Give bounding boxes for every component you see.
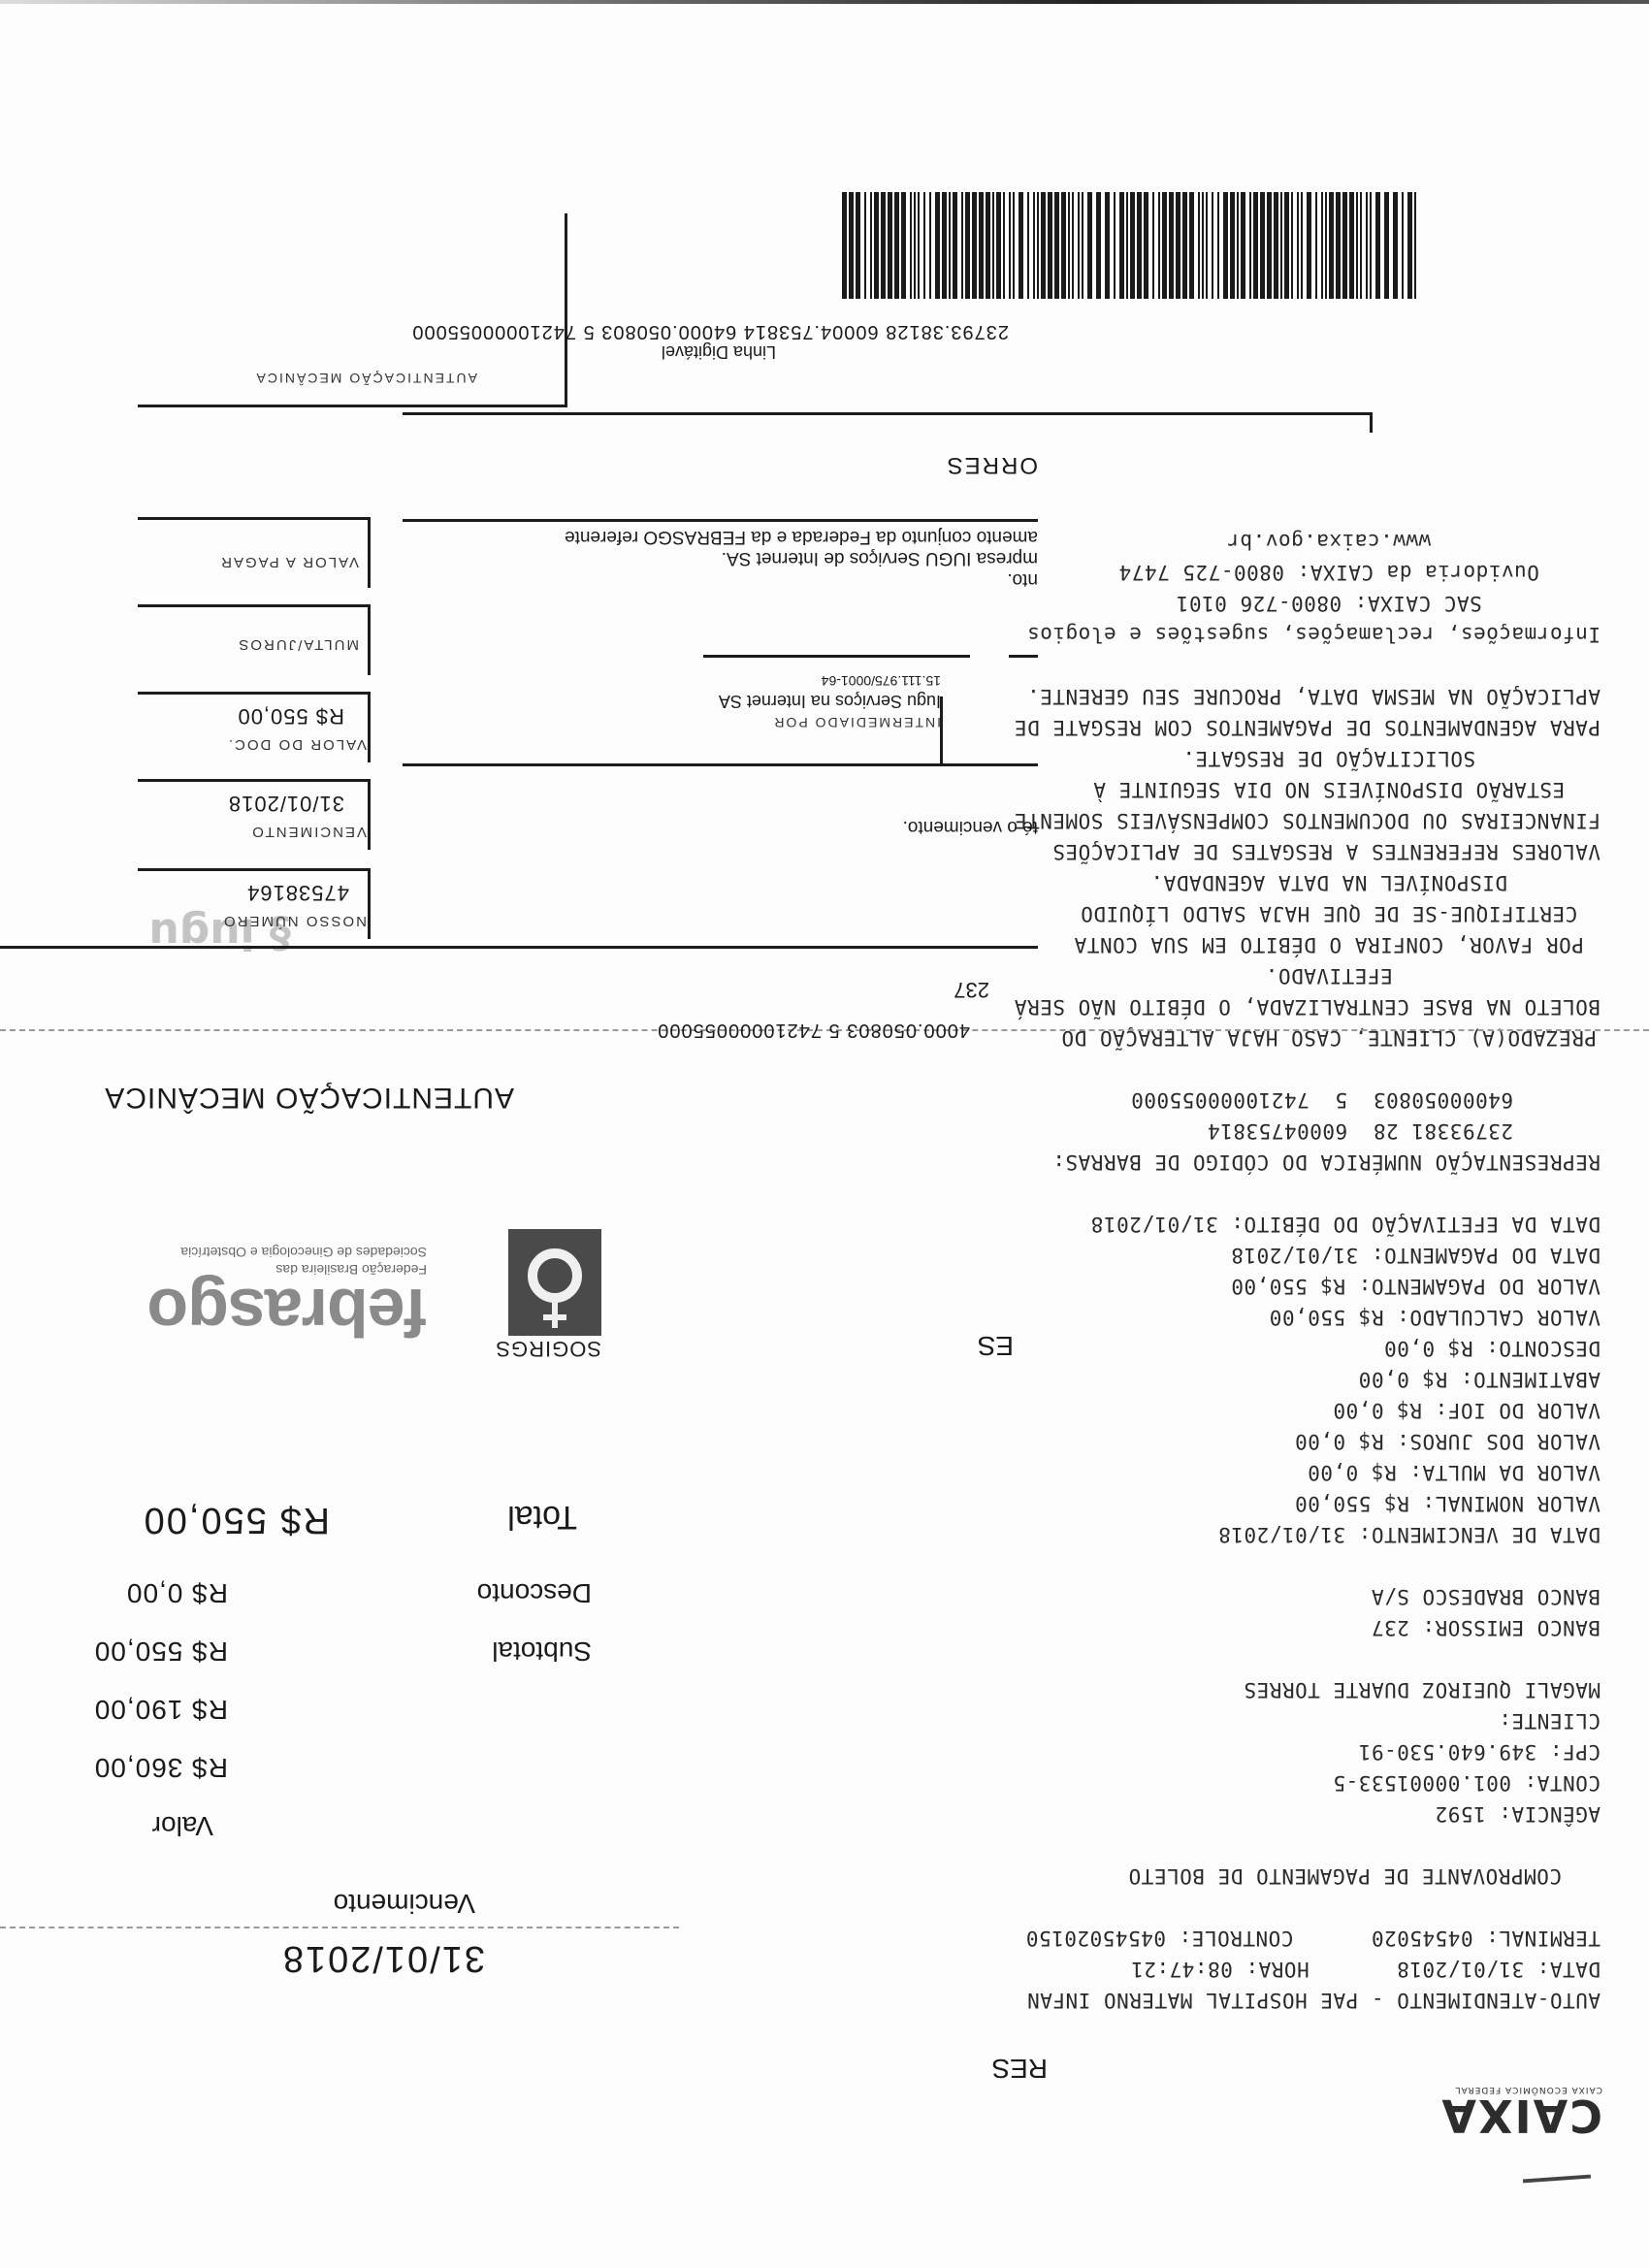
receipt-valor-iof: VALOR DO IOF: R$ 0,00	[1057, 1395, 1600, 1426]
descricao-line-2: mpresa IUGU Serviços de Internet SA.	[722, 547, 1038, 568]
invoice-fragment-bottom: RES	[991, 2053, 1048, 2084]
notice-line: PARA AGENDAMENTOS DE PAGAMENTOS COM RESG…	[1057, 712, 1600, 743]
payment-receipt: AUTO-ATENDIMENTO - PAE HOSPITAL MATERNO …	[1057, 526, 1600, 2016]
boleto-bank-code: 237	[954, 977, 989, 1002]
receipt-header: AUTO-ATENDIMENTO - PAE HOSPITAL MATERNO …	[1057, 1985, 1600, 2016]
receipt-data-pagamento: DATA DO PAGAMENTO: 31/01/2018	[1057, 1240, 1600, 1271]
receipt-barcode-line-2: 64000050803 5 74210000055000	[1057, 1085, 1600, 1116]
receipt-conta: CONTA: 001.00001533-5	[1057, 1767, 1600, 1798]
receipt-banco-emissor: BANCO EMISSOR: 237	[1057, 1612, 1600, 1643]
boleto-rule	[703, 655, 970, 658]
field-border	[368, 782, 371, 850]
scan-edge	[0, 0, 1649, 4]
contact-line: SAC CAIXA: 0800-726 0101	[1057, 588, 1600, 619]
febrasgo-word: febrasgo	[107, 1279, 427, 1346]
field-border	[1370, 413, 1373, 433]
field-border	[565, 213, 567, 407]
field-border	[138, 604, 371, 607]
receipt-notice: PREZADO(A) CLIENTE, CASO HAJA ALTERAÇÃO …	[1057, 681, 1600, 1053]
invoice-total-value: R$ 550,00	[143, 1499, 330, 1540]
invoice-fragment-middle: ES	[978, 1330, 1014, 1361]
autenticacao-mecanica-large: AUTENTICAÇÃO MECÂNICA	[104, 1081, 514, 1114]
intermediado-name: Iugu Serviços na Internet SA	[719, 691, 941, 711]
invoice-desconto-value: R$ 0,00	[126, 1577, 228, 1608]
receipt-banco-nome: BANCO BRADESCO S/A	[1057, 1581, 1600, 1612]
notice-line: CERTIFIQUE-SE DE QUE HAJA SALDO LÍQUIDO	[1057, 898, 1600, 929]
invoice-vencimento-value: 31/01/2018	[281, 1937, 485, 1979]
caixa-logo-subtitle: CAIXA ECONÔMICA FEDERAL	[1433, 2085, 1602, 2094]
receipt-terminal-control: TERMINAL: 04545020 CONTROLE: 04545020150	[1057, 1923, 1600, 1954]
field-border	[368, 695, 371, 762]
receipt-cliente-name: MAGALI QUEIROZ DUARTE TORRES	[1057, 1674, 1600, 1705]
valor-doc-value: R$ 550,00	[237, 703, 344, 729]
receipt-valor-multa: VALOR DA MULTA: R$ 0,00	[1057, 1457, 1600, 1488]
invoice-item-value: R$ 360,00	[94, 1752, 228, 1783]
receipt-valor-juros: VALOR DOS JUROS: R$ 0,00	[1057, 1426, 1600, 1457]
sogirgs-name: SOGIRGS	[504, 1336, 601, 1361]
field-border	[368, 607, 371, 675]
receipt-abatimento: ABATIMENTO: R$ 0,00	[1057, 1364, 1600, 1395]
febrasgo-logo: febrasgo Federação Brasileira das Socied…	[107, 1244, 427, 1346]
invoice-subtotal-label: Subtotal	[492, 1636, 592, 1667]
signature-mark	[1523, 2175, 1591, 2184]
receipt-valor-nominal: VALOR NOMINAL: R$ 550,00	[1057, 1488, 1600, 1519]
notice-line: EFETIVADO.	[1057, 960, 1600, 991]
valor-pagar-label: VALOR A PAGAR	[219, 554, 359, 570]
boleto-barcode	[824, 192, 1416, 299]
receipt-data-efetivacao: DATA DA EFETIVAÇÃO DO DÉBITO: 31/01/2018	[1057, 1209, 1600, 1240]
linha-digitavel: 23793.38128 60004.753814 64000.050803 5 …	[411, 320, 1009, 342]
receipt-valor-pagamento: VALOR DO PAGAMENTO: R$ 550,00	[1057, 1271, 1600, 1302]
nosso-numero-label: NOSSO NÚMERO	[222, 913, 367, 929]
notice-line: VALORES REFERENTES A RESGATES DE APLICAÇ…	[1057, 836, 1600, 867]
notice-line: PREZADO(A) CLIENTE, CASO HAJA ALTERAÇÃO …	[1057, 1022, 1600, 1053]
receipt-agencia: AGÊNCIA: 1592	[1057, 1798, 1600, 1830]
boleto-linha-partial: 4000.050803 5 74210000055000	[657, 1019, 970, 1041]
field-border	[138, 868, 371, 871]
notice-line: ESTARÃO DISPONÍVEIS NO DIA SEGUINTE À	[1057, 774, 1600, 805]
boleto-instrucao: té o vencimento.	[903, 816, 1038, 837]
fold-line	[0, 1927, 679, 1928]
contact-line: Informações, reclamações, sugestões e el…	[1057, 619, 1600, 650]
invoice-vencimento-label: Vencimento	[334, 1888, 475, 1919]
receipt-time: HORA: 08:47:21	[1131, 1954, 1309, 1985]
receipt-date-time: DATA: 31/01/2018 HORA: 08:47:21	[1057, 1954, 1600, 1985]
boleto-rule	[138, 405, 565, 407]
receipt-date: DATA: 31/01/2018	[1397, 1954, 1600, 1985]
receipt-cpf: CPF: 349.640.530-91	[1057, 1736, 1600, 1767]
febrasgo-subtitle-2: Sociedades de Ginecologia e Obstetrícia	[107, 1244, 427, 1261]
notice-line: DISPONÍVEL NA DATA AGENDADA.	[1057, 867, 1600, 898]
notice-line: SOLICITAÇÃO DE RESGATE.	[1057, 743, 1600, 774]
receipt-data-vencimento: DATA DE VENCIMENTO: 31/01/2018	[1057, 1519, 1600, 1550]
receipt-contact: Informações, reclamações, sugestões e el…	[1057, 526, 1600, 650]
field-border	[368, 871, 371, 939]
receipt-barcode-title: REPRESENTAÇÃO NUMÉRICA DO CÓDIGO DE BARR…	[1057, 1147, 1600, 1178]
boleto-rule	[0, 946, 1038, 949]
autenticacao-mecanica-small: AUTENTICAÇÃO MECÂNICA	[255, 371, 477, 386]
invoice-valor-header: Valor	[152, 1810, 213, 1841]
contact-line: Ouvidoria da CAIXA: 0800-725 7474	[1057, 557, 1600, 588]
boleto-rule	[403, 412, 1373, 415]
receipt-terminal: TERMINAL: 04545020	[1371, 1923, 1600, 1954]
multa-juros-label: MULTA/JUROS	[237, 636, 359, 653]
caixa-logo: CAIXA CAIXA ECONÔMICA FEDERAL	[1433, 2085, 1602, 2137]
sogirgs-logo: SOGIRGS	[504, 1229, 601, 1361]
receipt-title: COMPROVANTE DE PAGAMENTO DE BOLETO	[1057, 1861, 1600, 1892]
valor-doc-label: VALOR DO DOC.	[227, 736, 367, 753]
pagador-partial: ORRES	[946, 451, 1038, 478]
scanned-document: CAIXA CAIXA ECONÔMICA FEDERAL AUTO-ATEND…	[0, 0, 1649, 2268]
field-border	[138, 692, 371, 695]
notice-line: POR FAVOR, CONFIRA O DÉBITO EM SUA CONTA	[1057, 929, 1600, 960]
boleto-rule	[403, 519, 1038, 522]
intermediado-label: INTERMEDIADO POR	[772, 715, 941, 730]
contact-line: www.caixa.gov.br	[1057, 526, 1600, 557]
receipt-control: CONTROLE: 04545020150	[1025, 1923, 1293, 1954]
sogirgs-emblem-icon	[508, 1229, 601, 1336]
invoice-total-label: Total	[507, 1498, 577, 1536]
boleto-rule	[1009, 655, 1038, 658]
receipt-valor-calculado: VALOR CALCULADO: R$ 550,00	[1057, 1302, 1600, 1333]
nosso-numero-value: 47538164	[246, 880, 349, 905]
invoice-item-value: R$ 190,00	[94, 1694, 228, 1725]
receipt-barcode-line-1: 23793381 28 60004753814	[1057, 1116, 1600, 1147]
notice-line: BOLETO NA BASE CENTRALIZADA, O DÉBITO NÃ…	[1057, 991, 1600, 1022]
invoice-subtotal-value: R$ 550,00	[94, 1636, 228, 1667]
invoice-desconto-label: Desconto	[477, 1577, 592, 1608]
vencimento-label: VENCIMENTO	[250, 824, 367, 840]
intermediado-cnpj: 15.111.975/0001-64	[822, 673, 941, 689]
vencimento-value: 31/01/2018	[228, 791, 344, 816]
notice-line: APLICAÇÃO NA MESMA DATA, PROCURE SEU GER…	[1057, 681, 1600, 712]
field-border	[368, 520, 371, 588]
notice-line: FINANCEIRAS OU DOCUMENTOS COMPENSÁVEIS S…	[1057, 805, 1600, 836]
receipt-desconto: DESCONTO: R$ 0,00	[1057, 1333, 1600, 1364]
caixa-logo-word: CAIXA	[1433, 2094, 1602, 2137]
field-border	[138, 517, 371, 520]
descricao-line-3: nto.	[1007, 568, 1038, 590]
field-border	[138, 779, 371, 782]
descricao-line-1: amento conjunto da Federada e da FEBRASG…	[565, 526, 1038, 547]
receipt-cliente-label: CLIENTE:	[1057, 1705, 1600, 1736]
linha-digitavel-label: Linha Digitável	[662, 341, 776, 362]
